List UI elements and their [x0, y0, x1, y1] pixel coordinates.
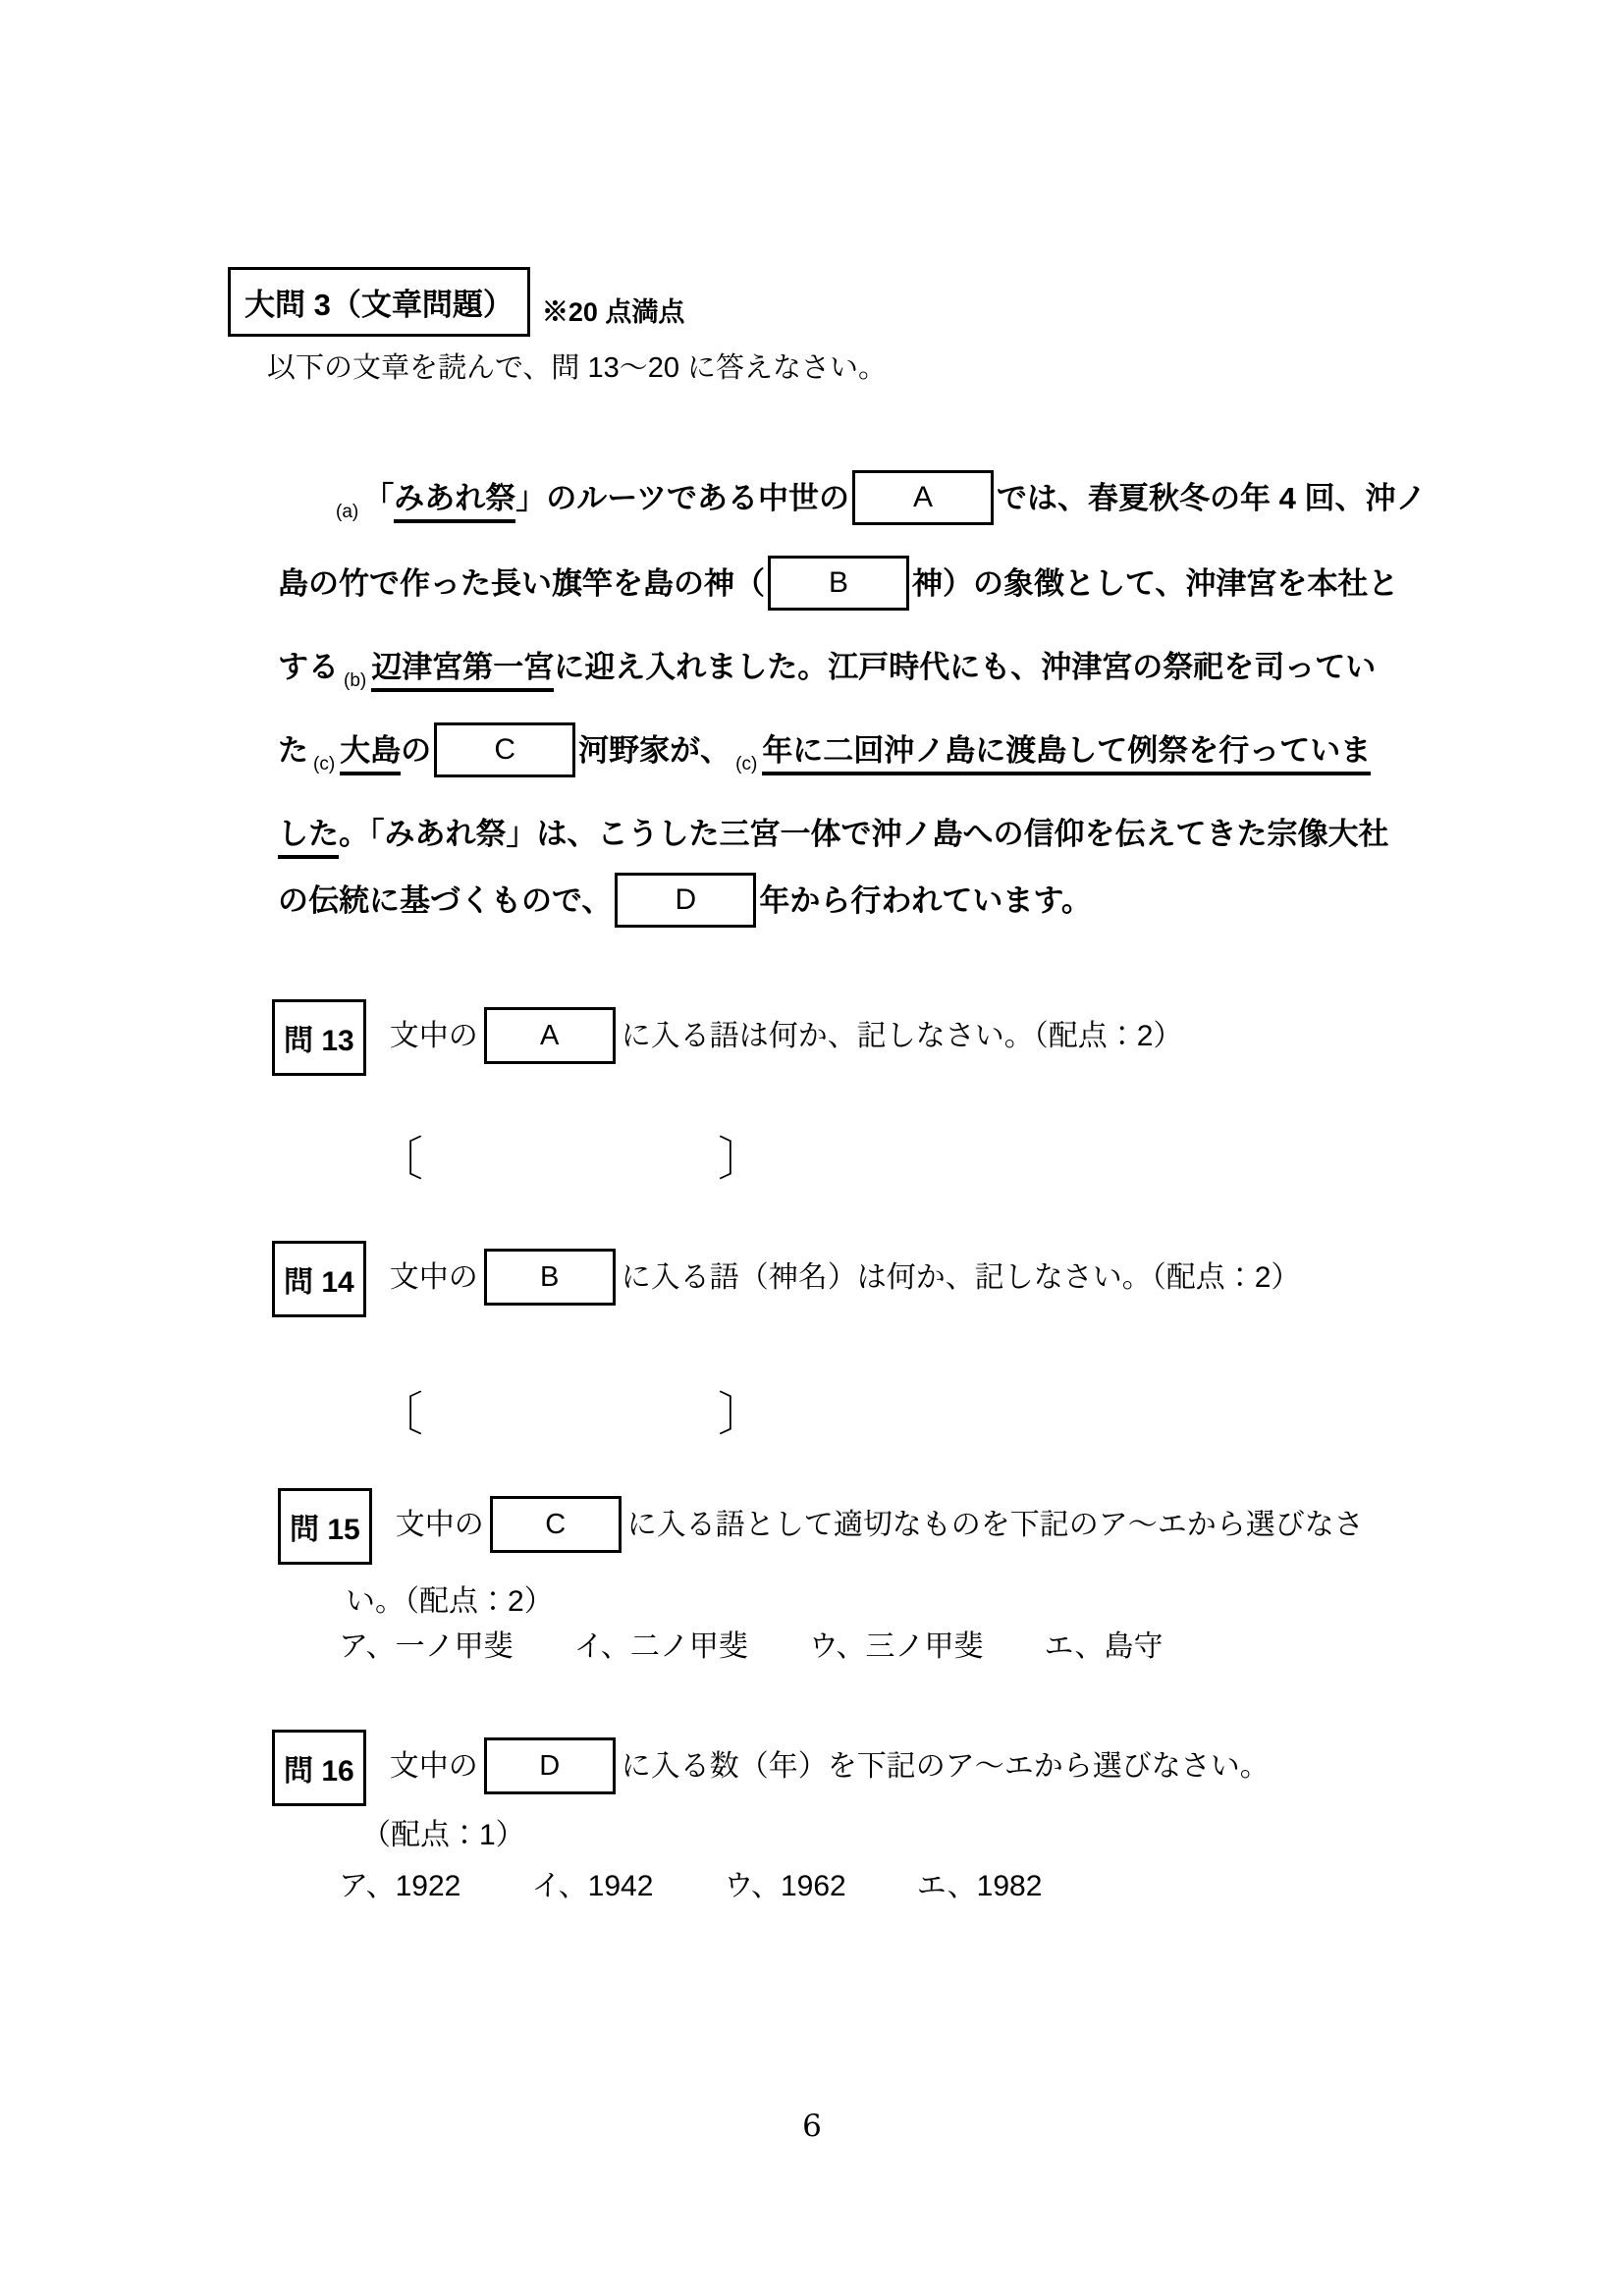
underlined-oshima: 大島	[340, 733, 401, 775]
blank-label-c: C	[494, 721, 515, 779]
question-15-label: 問 15	[278, 1488, 372, 1565]
passage-text: 」	[515, 481, 546, 515]
section-title-box: 大問 3（文章問題）	[228, 267, 530, 337]
points-note: ※20 点満点	[542, 291, 685, 337]
passage-text: の	[401, 733, 431, 768]
option-e: エ、島守	[1045, 1622, 1164, 1665]
question-15: 問 15 文中のCに入る語として適切なものを下記のア～エから選びなさ	[278, 1488, 1364, 1565]
footnote-marker-a: (a)	[336, 502, 358, 522]
exam-page: 大問 3（文章問題） ※20 点満点 以下の文章を読んで、問 13～20 に答え…	[0, 0, 1624, 2296]
question-16-text-line2: （配点：1）	[361, 1810, 525, 1853]
question-13-blank-label: A	[540, 1020, 559, 1052]
question-13-post: に入る語は何か、記しなさい。（配点：2）	[622, 1020, 1183, 1052]
question-13: 問 13 文中のAに入る語は何か、記しなさい。（配点：2）	[272, 999, 1182, 1076]
passage-text: 河野家が、	[578, 733, 731, 768]
question-14-pre: 文中の	[390, 1261, 478, 1294]
question-16-blank-box: D	[484, 1737, 616, 1794]
answer-bracket-close: 〕	[718, 1376, 765, 1444]
question-16-post: に入る数（年）を下記のア～エから選びなさい。	[622, 1750, 1270, 1783]
blank-label-a: A	[913, 468, 933, 527]
question-13-label: 問 13	[272, 999, 366, 1076]
passage-text: た	[278, 733, 308, 768]
question-15-post: に入る語として適切なものを下記のア～エから選びなさ	[627, 1509, 1364, 1541]
question-16-pre: 文中の	[390, 1750, 478, 1783]
option-u: ウ、1962	[724, 1861, 845, 1904]
passage-line-4: た(c)大島のC河野家が、(c)年に二回沖ノ島に渡島して例祭を行っていま	[278, 721, 1371, 782]
question-14-blank-label: B	[540, 1261, 559, 1294]
passage-line-6: の伝統に基づくもので、D年から行われています。	[278, 872, 1092, 933]
section-header: 大問 3（文章問題） ※20 点満点	[228, 267, 684, 337]
question-15-text: 文中のCに入る語として適切なものを下記のア～エから選びなさ	[396, 1498, 1364, 1555]
option-i: イ、1942	[531, 1861, 653, 1904]
blank-box-c: C	[434, 722, 575, 777]
blank-label-d: D	[676, 871, 697, 930]
instruction-text: 以下の文章を読んで、問 13～20 に答えなさい。	[267, 346, 887, 386]
passage-text: の伝統に基づくもので、	[278, 883, 612, 918]
passage-text: 神）の象徴として、沖津宮を本社と	[912, 566, 1398, 601]
passage-text: 島の竹で作った長い旗竿を島の神（	[278, 566, 765, 601]
question-15-text-line2: い。（配点：2）	[346, 1576, 554, 1620]
question-16-label: 問 16	[272, 1730, 366, 1806]
blank-box-d: D	[615, 873, 756, 928]
question-16-blank-label: D	[539, 1750, 560, 1783]
option-u: ウ、三ノ甲斐	[809, 1622, 984, 1665]
question-15-blank-label: C	[545, 1509, 566, 1541]
blank-box-a: A	[852, 470, 994, 525]
blank-box-b: B	[768, 556, 909, 611]
underlined-miare-festival: みあれ祭	[394, 481, 515, 523]
passage-text: 年から行われています。	[759, 883, 1092, 918]
passage-line-3: する(b)辺津宮第一宮に迎え入れました。江戸時代にも、沖津宮の祭祀を司ってい	[278, 638, 1376, 699]
option-a: ア、1922	[339, 1861, 460, 1904]
question-14-label: 問 14	[272, 1241, 366, 1317]
option-i: イ、二ノ甲斐	[574, 1622, 748, 1665]
passage-text: する	[278, 650, 339, 684]
passage-text: 。「みあれ祭」は、こうした三宮一体で沖ノ島への信仰を伝えてきた宗像大社	[339, 817, 1389, 851]
question-14: 問 14 文中のBに入る語（神名）は何か、記しなさい。（配点：2）	[272, 1241, 1300, 1317]
option-e: エ、1982	[917, 1861, 1043, 1904]
question-16: 問 16 文中のDに入る数（年）を下記のア～エから選びなさい。	[272, 1730, 1270, 1806]
question-14-text: 文中のBに入る語（神名）は何か、記しなさい。（配点：2）	[390, 1251, 1301, 1308]
question-16-text: 文中のDに入る数（年）を下記のア～エから選びなさい。	[390, 1739, 1270, 1796]
footnote-marker-c2: (c)	[735, 754, 757, 774]
underlined-hetsumiya: 辺津宮第一宮	[371, 650, 554, 692]
answer-bracket-close: 〕	[718, 1121, 765, 1189]
question-15-blank-box: C	[490, 1496, 622, 1553]
blank-label-b: B	[829, 554, 848, 613]
question-14-answer-area: 〔 〕	[376, 1376, 765, 1444]
answer-blank-space	[423, 1154, 718, 1155]
question-13-answer-area: 〔 〕	[376, 1121, 765, 1189]
answer-bracket-open: 〔	[376, 1121, 423, 1189]
passage-line-5: した。「みあれ祭」は、こうした三宮一体で沖ノ島への信仰を伝えてきた宗像大社	[278, 805, 1389, 866]
question-14-post: に入る語（神名）は何か、記しなさい。（配点：2）	[622, 1261, 1301, 1294]
passage-text: では、春夏秋冬の年 4 回、沖ノ	[997, 481, 1426, 515]
question-16-options: ア、1922 イ、1942 ウ、1962 エ、1982	[339, 1861, 1042, 1904]
question-15-pre: 文中の	[396, 1509, 484, 1541]
footnote-marker-b: (b)	[344, 670, 366, 691]
passage-line-2: 島の竹で作った長い旗竿を島の神（B神）の象徴として、沖津宮を本社と	[278, 555, 1398, 615]
question-13-blank-box: A	[484, 1007, 616, 1064]
passage-text: 「	[363, 481, 394, 515]
answer-bracket-open: 〔	[376, 1376, 423, 1444]
passage-text: のルーツである中世の	[546, 481, 849, 515]
underlined-twice-a-year: 年に二回沖ノ島に渡島して例祭を行っていま	[762, 733, 1371, 775]
underlined-shita: した	[278, 817, 339, 859]
question-15-options: ア、一ノ甲斐 イ、二ノ甲斐 ウ、三ノ甲斐 エ、島守	[339, 1622, 1163, 1665]
question-13-pre: 文中の	[390, 1020, 478, 1052]
footnote-marker-c1: (c)	[313, 754, 335, 774]
page-number: 6	[0, 2109, 1624, 2144]
question-13-text: 文中のAに入る語は何か、記しなさい。（配点：2）	[390, 1009, 1183, 1066]
answer-blank-space	[423, 1410, 718, 1411]
option-a: ア、一ノ甲斐	[339, 1622, 514, 1665]
passage-text: に迎え入れました。江戸時代にも、沖津宮の祭祀を司ってい	[554, 650, 1376, 684]
passage-line-1: (a)「みあれ祭」のルーツである中世のAでは、春夏秋冬の年 4 回、沖ノ	[331, 469, 1426, 530]
section-title: 大問 3（文章問題）	[244, 288, 514, 322]
question-14-blank-box: B	[484, 1249, 616, 1306]
